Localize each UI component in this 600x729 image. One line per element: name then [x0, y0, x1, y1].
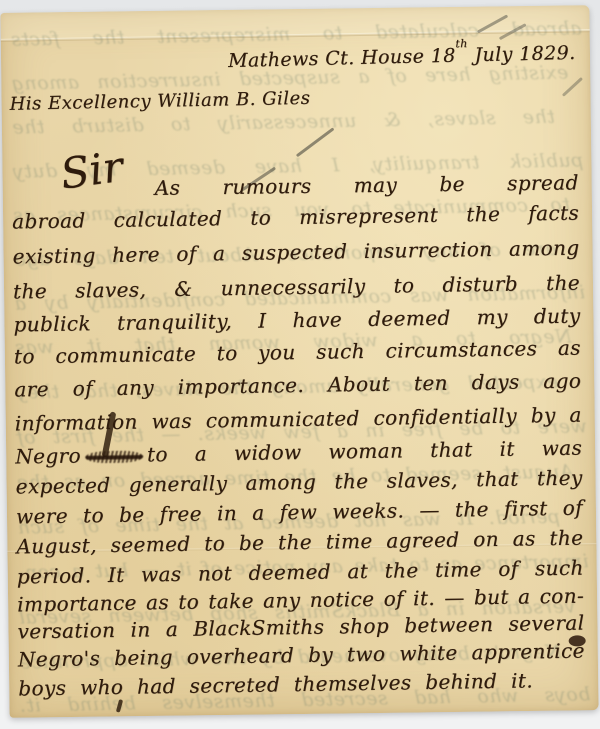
- body-line: period. It was not deemed at the time of…: [17, 556, 584, 589]
- body-line: versation in a BlackSmiths shop between …: [17, 611, 584, 644]
- body-line: the slaves, & unnecessarily to disturb t…: [13, 271, 580, 304]
- body-line: existing here of a suspected insurrectio…: [12, 236, 579, 269]
- body-line: August, seemed to be the time agreed on …: [16, 526, 583, 559]
- body-line: publick tranquility, I have deemed my du…: [13, 304, 580, 337]
- body-line: were to be free in a few weeks. — the fi…: [16, 496, 583, 529]
- dateline-place-day: Mathews Ct. House 18: [228, 45, 456, 72]
- dateline-ordinal: th: [456, 37, 469, 50]
- recipient-line: His Excellency William B. Giles: [9, 88, 310, 115]
- salutation: Sir: [57, 142, 125, 199]
- body-line: to communicate to you such circumstances…: [14, 336, 581, 369]
- letter-paper: abroad calculated to misrepresent the fa…: [0, 5, 598, 718]
- handwriting-layer: Mathews Ct. House 18th July 1829. His Ex…: [0, 5, 598, 718]
- body-line: abroad calculated to misrepresent the fa…: [12, 201, 579, 234]
- body-line: are of any importance. About ten days ag…: [14, 369, 581, 402]
- body-line: expected generally among the slaves, tha…: [15, 466, 582, 499]
- dateline: Mathews Ct. House 18th July 1829.: [228, 42, 576, 73]
- struck-out-word: [85, 450, 143, 463]
- body-line-with-strikeout: Negroto a widow woman that it was: [15, 436, 582, 469]
- body-line: Negro's being overheard by two white app…: [18, 639, 585, 672]
- body-line-first: As rumours may be spread: [155, 170, 579, 200]
- body-line: information was communicated confidentia…: [15, 403, 582, 436]
- body-line: boys who had secreted themselves behind …: [18, 668, 585, 701]
- body-line-fragment: Negro: [15, 443, 81, 468]
- dateline-month-year: July 1829.: [468, 42, 576, 67]
- body-line-fragment: to a widow woman that it was: [147, 436, 583, 467]
